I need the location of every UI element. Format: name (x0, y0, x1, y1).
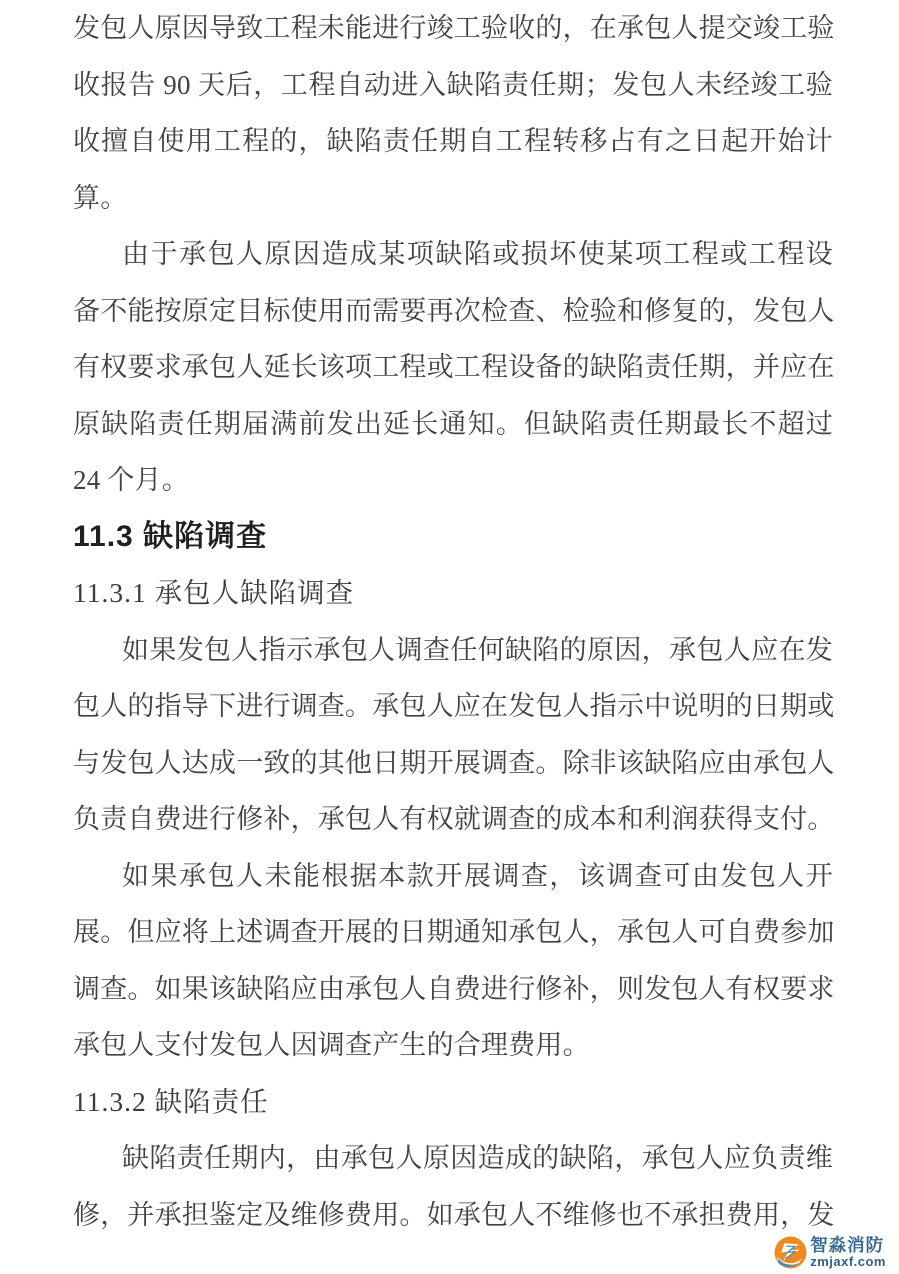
paragraph: 由于承包人原因造成某项缺陷或损坏使某项工程或工程设备不能按原定目标使用而需要再次… (73, 226, 833, 509)
brand-name: 智淼消防 (810, 1236, 886, 1255)
text-line: 备不能按原定目标使用而需要再次检查、检验和修复的，发包人 (73, 283, 833, 340)
paragraph: 发包人原因导致工程未能进行竣工验收的，在承包人提交竣工验收报告 90 天后，工程… (73, 0, 833, 226)
text-line: 11.3 缺陷调查 (73, 509, 833, 566)
section-heading: 11.3.2 缺陷责任 (73, 1074, 833, 1131)
text-line: 展。但应将上述调查开展的日期通知承包人，承包人可自费参加 (73, 904, 833, 961)
paragraph: 如果发包人指示承包人调查任何缺陷的原因，承包人应在发包人的指导下进行调查。承包人… (73, 622, 833, 848)
text-line: 缺陷责任期内，由承包人原因造成的缺陷，承包人应负责维 (73, 1130, 833, 1187)
brand-logo-icon (774, 1236, 807, 1269)
text-line: 如果承包人未能根据本款开展调查，该调查可由发包人开 (73, 848, 833, 905)
brand-url: zmjaxf.com (810, 1255, 886, 1269)
text-line: 收报告 90 天后，工程自动进入缺陷责任期；发包人未经竣工验 (73, 57, 833, 114)
text-line: 修，并承担鉴定及维修费用。如承包人不维修也不承担费用，发 (73, 1187, 833, 1244)
section-heading: 11.3 缺陷调查 (73, 509, 833, 566)
section-heading: 11.3.1 承包人缺陷调查 (73, 565, 833, 622)
text-line: 收擅自使用工程的，缺陷责任期自工程转移占有之日起开始计 (73, 113, 833, 170)
text-line: 原缺陷责任期届满前发出延长通知。但缺陷责任期最长不超过 (73, 396, 833, 453)
watermark-text: 智淼消防 zmjaxf.com (810, 1236, 886, 1269)
text-line: 负责自费进行修补，承包人有权就调查的成本和利润获得支付。 (73, 791, 833, 848)
text-line: 包人的指导下进行调查。承包人应在发包人指示中说明的日期或 (73, 678, 833, 735)
text-line: 11.3.1 承包人缺陷调查 (73, 565, 833, 622)
paragraph: 缺陷责任期内，由承包人原因造成的缺陷，承包人应负责维修，并承担鉴定及维修费用。如… (73, 1130, 833, 1243)
text-line: 11.3.2 缺陷责任 (73, 1074, 833, 1131)
watermark: 智淼消防 zmjaxf.com (774, 1236, 886, 1269)
text-line: 承包人支付发包人因调查产生的合理费用。 (73, 1017, 833, 1074)
text-line: 与发包人达成一致的其他日期开展调查。除非该缺陷应由承包人 (73, 735, 833, 792)
paragraph: 如果承包人未能根据本款开展调查，该调查可由发包人开展。但应将上述调查开展的日期通… (73, 848, 833, 1074)
document-body: 发包人原因导致工程未能进行竣工验收的，在承包人提交竣工验收报告 90 天后，工程… (0, 0, 899, 1243)
text-line: 调查。如果该缺陷应由承包人自费进行修补，则发包人有权要求 (73, 961, 833, 1018)
text-line: 算。 (73, 170, 833, 227)
text-line: 发包人原因导致工程未能进行竣工验收的，在承包人提交竣工验 (73, 0, 833, 57)
text-line: 由于承包人原因造成某项缺陷或损坏使某项工程或工程设 (73, 226, 833, 283)
text-line: 如果发包人指示承包人调查任何缺陷的原因，承包人应在发 (73, 622, 833, 679)
text-line: 24 个月。 (73, 452, 833, 509)
text-line: 有权要求承包人延长该项工程或工程设备的缺陷责任期，并应在 (73, 339, 833, 396)
